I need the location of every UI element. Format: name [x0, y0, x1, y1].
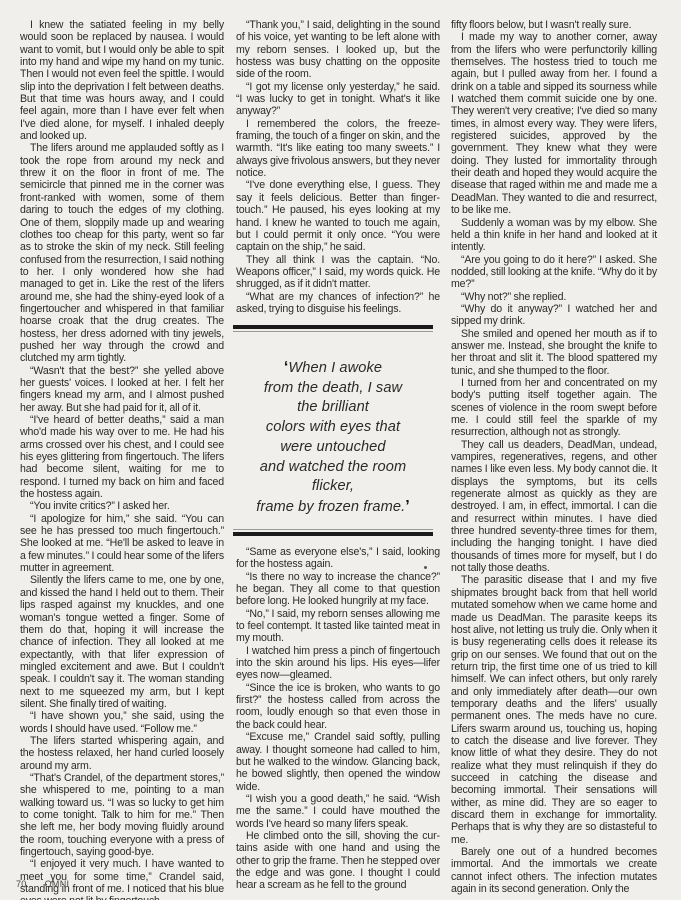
- paragraph: “Thank you,” I said, delighting in the s…: [236, 19, 440, 81]
- pull-quote-top-rule: [233, 325, 433, 329]
- paragraph: I turned from her and concentrated on my…: [451, 377, 657, 439]
- pull-quote-line: flicker,: [312, 478, 354, 494]
- pull-quote-line: and watched the room: [260, 459, 406, 475]
- paragraph: The parasitic disease that I and my five…: [451, 574, 657, 846]
- paragraph: “Since the ice is broken, who wants to g…: [236, 682, 440, 731]
- pull-quote-line: were untouched: [280, 439, 385, 455]
- paragraph: “Excuse me,” Crandel said softly, pullin…: [236, 731, 440, 793]
- close-quote-mark-icon: ’: [405, 498, 410, 515]
- paragraph: “I apologize for him,” she said. “You ca…: [20, 513, 224, 575]
- paragraph: I made my way to another corner, away fr…: [451, 31, 657, 216]
- article-column-right: fifty floors below, but I wasn't really …: [451, 19, 657, 895]
- paragraph: They all think I was the captain. “No. W…: [236, 254, 440, 291]
- paragraph: Barely one out of a hundred becomes immo…: [451, 846, 657, 895]
- paragraph: They call us deaders, DeadMan, un­dead, …: [451, 439, 657, 575]
- article-column-middle-bottom: “Same as everyone else's,” I said, look­…: [236, 546, 440, 892]
- paragraph: I knew the satiated feeling in my belly …: [20, 19, 224, 142]
- paragraph: “What are my chances of infection?” he a…: [236, 291, 440, 316]
- paragraph: fifty floors below, but I wasn't really …: [451, 19, 657, 31]
- paragraph: “No,” I said, my reborn senses allowing …: [236, 608, 440, 645]
- paragraph: “Why do it anyway?” I watched her and si…: [451, 303, 657, 328]
- pull-quote-line: When I awoke: [288, 360, 382, 376]
- paragraph: “Is there no way to increase the chance?…: [236, 571, 440, 608]
- paragraph: “I've done everything else, I guess. The…: [236, 179, 440, 253]
- pull-quote-bottom-rule: [233, 532, 433, 536]
- paragraph: I watched him press a pinch of finger­to…: [236, 645, 440, 682]
- paragraph: He climbed onto the sill, shoving the cu…: [236, 830, 440, 892]
- paragraph: “I wish you a good death,” he said. “Wis…: [236, 793, 440, 830]
- paragraph: Suddenly a woman was by my elbow. She he…: [451, 217, 657, 254]
- pull-quote-line: the brilliant: [297, 399, 369, 415]
- article-column-left: I knew the satiated feeling in my belly …: [20, 19, 224, 900]
- paragraph: The lifers around me applauded softly as…: [20, 142, 224, 364]
- paragraph: “I have shown you,” she said, using the …: [20, 710, 224, 735]
- page-number: 70: [16, 879, 27, 889]
- article-column-middle-top: “Thank you,” I said, delighting in the s…: [236, 19, 440, 315]
- paragraph: “That's Crandel, of the department store…: [20, 772, 224, 858]
- paragraph: “Same as everyone else's,” I said, look­…: [236, 546, 440, 571]
- magazine-name: OMNI: [45, 879, 70, 889]
- paragraph: “I've heard of better deaths,” said a ma…: [20, 414, 224, 500]
- pull-quote-bottom-thin-rule: [233, 529, 433, 530]
- paragraph: “You invite critics?” I asked her.: [20, 500, 224, 512]
- paragraph: She smiled and opened her mouth as if to…: [451, 328, 657, 377]
- paragraph: “Are you going to do it here?” I asked. …: [451, 254, 657, 291]
- paragraph: “I got my license only yesterday,” he sa…: [236, 81, 440, 118]
- pull-quote-top-thin-rule: [233, 331, 433, 332]
- paragraph: “Wasn't that the best?” she yelled above…: [20, 365, 224, 414]
- paragraph: Silently the lifers came to me, one by o…: [20, 574, 224, 710]
- pull-quote-line: colors with eyes that: [266, 419, 400, 435]
- paragraph: The lifers started whispering again, and…: [20, 735, 224, 772]
- paragraph: “Why not?” she replied.: [451, 291, 657, 303]
- pull-quote-line: frame by frozen frame.: [256, 499, 405, 515]
- article-column-middle: “Thank you,” I said, delighting in the s…: [236, 19, 440, 315]
- pull-quote: ‘When I awoke from the death, I saw the …: [233, 358, 433, 518]
- pull-quote-line: from the death, I saw: [264, 380, 402, 396]
- paragraph: I remembered the colors, the freeze-fram…: [236, 118, 440, 180]
- page-folio: 70OMNI: [16, 879, 69, 889]
- speck-mark: [424, 566, 427, 569]
